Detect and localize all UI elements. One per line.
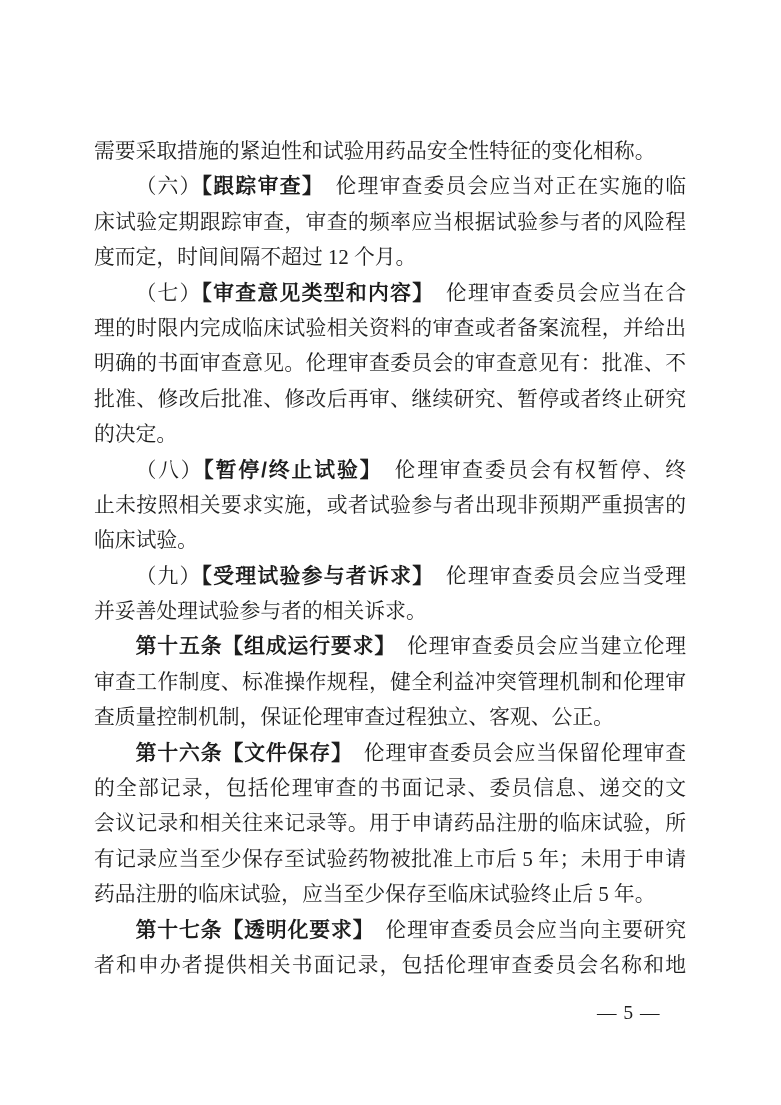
body-text: 理的时限内完成临床试验相关资料的审查或者备案流程，并给出 bbox=[94, 317, 686, 340]
clause-heading: 【受理试验参与者诉求】 bbox=[201, 565, 424, 588]
text-line: 第十五条【组成运行要求】 伦理审查委员会应当建立伦理 bbox=[94, 629, 686, 664]
text-line: 第十六条【文件保存】 伦理审查委员会应当保留伦理审查 bbox=[94, 736, 686, 771]
body-text: 伦理审查委员会应当在合 bbox=[424, 282, 686, 305]
clause-heading: 第十七条【透明化要求】 bbox=[136, 919, 364, 942]
body-text: 并妥善处理试验参与者的相关诉求。 bbox=[94, 600, 427, 623]
body-text: 者和申办者提供相关书面记录，包括伦理审查委员会名称和地 bbox=[94, 954, 686, 977]
body-text: 伦理审查委员会应当向主要研究 bbox=[364, 919, 686, 942]
body-text: 度而定，时间间隔不超过 12 个月。 bbox=[94, 246, 416, 269]
body-text: 伦理审查委员会应当对正在实施的临 bbox=[314, 175, 686, 198]
body-text: 临床试验。 bbox=[94, 529, 198, 552]
text-line: 查质量控制机制，保证伦理审查过程独立、客观、公正。 bbox=[94, 700, 686, 735]
body-text: 审查工作制度、标准操作规程，健全利益冲突管理机制和伦理审 bbox=[94, 671, 686, 694]
text-line: 明确的书面审查意见。伦理审查委员会的审查意见有：批准、不 bbox=[94, 346, 686, 381]
text-line: 第十七条【透明化要求】 伦理审查委员会应当向主要研究 bbox=[94, 913, 686, 948]
text-line: 会议记录和相关往来记录等。用于申请药品注册的临床试验，所 bbox=[94, 806, 686, 841]
text-line: 度而定，时间间隔不超过 12 个月。 bbox=[94, 240, 686, 275]
text-line: （九）【受理试验参与者诉求】 伦理审查委员会应当受理 bbox=[94, 559, 686, 594]
body-text: 伦理审查委员会应当受理 bbox=[424, 565, 686, 588]
body-text: 伦理审查委员会应当保留伦理审查 bbox=[342, 742, 686, 765]
clause-heading: 第十六条【文件保存】 bbox=[136, 742, 343, 765]
clause-heading: 第十五条【组成运行要求】 bbox=[136, 635, 386, 658]
text-line: 批准、修改后批准、修改后再审、继续研究、暂停或者终止研究 bbox=[94, 382, 686, 417]
body-text: 有记录应当至少保存至试验药物被批准上市后 5 年；未用于申请 bbox=[94, 848, 686, 871]
text-line: （六）【跟踪审查】 伦理审查委员会应当对正在实施的临 bbox=[94, 169, 686, 204]
body-text: 需要采取措施的紧迫性和试验用药品安全性特征的变化相称。 bbox=[94, 140, 656, 163]
text-line: 药品注册的临床试验，应当至少保存至临床试验终止后 5 年。 bbox=[94, 877, 686, 912]
body-text: （九） bbox=[136, 565, 202, 588]
body-text: （六） bbox=[136, 175, 202, 198]
document-page: 需要采取措施的紧迫性和试验用药品安全性特征的变化相称。（六）【跟踪审查】 伦理审… bbox=[0, 0, 781, 1105]
body-text: 查质量控制机制，保证伦理审查过程独立、客观、公正。 bbox=[94, 706, 614, 729]
body-text: 药品注册的临床试验，应当至少保存至临床试验终止后 5 年。 bbox=[94, 883, 656, 906]
clause-heading: 【暂停/终止试验】 bbox=[203, 459, 372, 482]
body-text: 伦理审查委员会应当建立伦理 bbox=[386, 635, 686, 658]
text-line: 临床试验。 bbox=[94, 523, 686, 558]
body-text: 批准、修改后批准、修改后再审、继续研究、暂停或者终止研究 bbox=[94, 388, 686, 411]
page-number: — 5 — bbox=[597, 1003, 661, 1025]
body-text: （七） bbox=[136, 282, 202, 305]
text-line: 有记录应当至少保存至试验药物被批准上市后 5 年；未用于申请 bbox=[94, 842, 686, 877]
body-text: 的决定。 bbox=[94, 423, 177, 446]
body-text: 会议记录和相关往来记录等。用于申请药品注册的临床试验，所 bbox=[94, 812, 686, 835]
body-text: （八） bbox=[136, 459, 204, 482]
text-line: （八）【暂停/终止试验】 伦理审查委员会有权暂停、终 bbox=[94, 453, 686, 488]
clause-heading: 【审查意见类型和内容】 bbox=[201, 282, 424, 305]
text-line: 并妥善处理试验参与者的相关诉求。 bbox=[94, 594, 686, 629]
text-line: 的决定。 bbox=[94, 417, 686, 452]
text-line: （七）【审查意见类型和内容】 伦理审查委员会应当在合 bbox=[94, 276, 686, 311]
document-lines: 需要采取措施的紧迫性和试验用药品安全性特征的变化相称。（六）【跟踪审查】 伦理审… bbox=[94, 134, 686, 983]
text-line: 的全部记录，包括伦理审查的书面记录、委员信息、递交的文件、 bbox=[94, 771, 686, 806]
body-text: 伦理审查委员会有权暂停、终 bbox=[372, 459, 686, 482]
text-line: 理的时限内完成临床试验相关资料的审查或者备案流程，并给出 bbox=[94, 311, 686, 346]
body-text: 床试验定期跟踪审查，审查的频率应当根据试验参与者的风险程 bbox=[94, 211, 686, 234]
text-line: 床试验定期跟踪审查，审查的频率应当根据试验参与者的风险程 bbox=[94, 205, 686, 240]
body-text: 的全部记录，包括伦理审查的书面记录、委员信息、递交的文件、 bbox=[94, 777, 686, 806]
text-line: 止未按照相关要求实施，或者试验参与者出现非预期严重损害的 bbox=[94, 488, 686, 523]
page-number-text: — 5 — bbox=[597, 1003, 661, 1024]
clause-heading: 【跟踪审查】 bbox=[202, 175, 314, 198]
text-line: 需要采取措施的紧迫性和试验用药品安全性特征的变化相称。 bbox=[94, 134, 686, 169]
body-text: 明确的书面审查意见。伦理审查委员会的审查意见有：批准、不 bbox=[94, 352, 686, 375]
text-line: 者和申办者提供相关书面记录，包括伦理审查委员会名称和地 bbox=[94, 948, 686, 983]
body-text: 止未按照相关要求实施，或者试验参与者出现非预期严重损害的 bbox=[94, 494, 686, 517]
text-line: 审查工作制度、标准操作规程，健全利益冲突管理机制和伦理审 bbox=[94, 665, 686, 700]
